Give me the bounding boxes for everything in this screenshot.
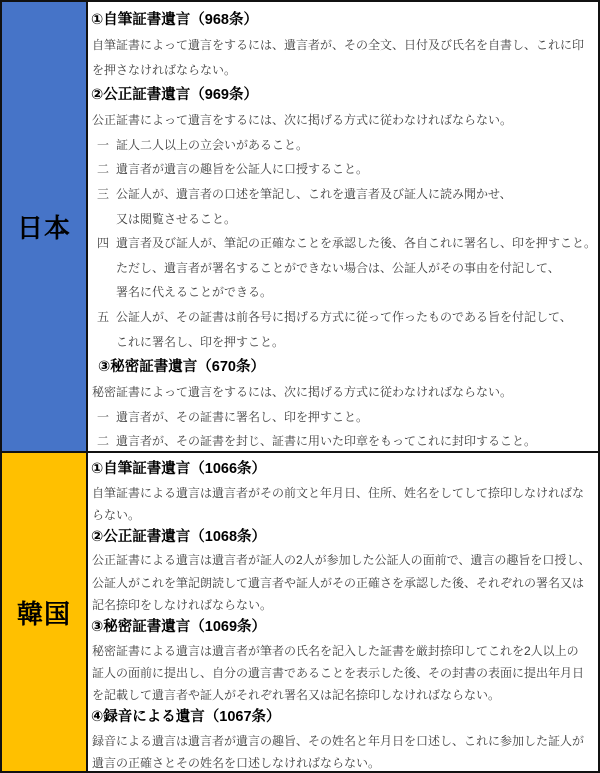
text-line: 公正証書による遺言は遺言者が証人の2人が参加した公証人の面前で、遺言の趣旨を口授… (92, 549, 596, 571)
text-line: 遺言者が、その証書を封じ、証書に用いた印章をもってこれに封印すること。 (116, 429, 596, 451)
text-line: 記名捺印をしなければならない。 (92, 594, 596, 616)
entry-heading: ③秘密証書遺言（1069条） (91, 616, 596, 640)
item-marker: 一 (97, 405, 116, 430)
paragraph: 自筆証書による遺言は遺言者がその前文と年月日、住所、姓名をしてして捺印しなければ… (91, 482, 596, 526)
paragraph: 公正証書によって遺言をするには、次に掲げる方式に従わなければならない。 (91, 108, 596, 133)
list-item: 一証人二人以上の立会いがあること。 (91, 133, 596, 158)
entry-heading: ②公正証書遺言（1068条） (91, 526, 596, 550)
section-content: ①自筆証書遺言（1066条）自筆証書による遺言は遺言者がその前文と年月日、住所、… (88, 453, 598, 771)
item-marker: 三 (97, 182, 116, 231)
paragraph: 秘密証書によって遺言をするには、次に掲げる方式に従わなければならない。 (91, 380, 596, 405)
text-line: 署名に代えることができる。 (116, 280, 596, 305)
country-label-text: 韓国 (17, 594, 71, 631)
paragraph: 録音による遺言は遺言者が遺言の趣旨、その姓名と年月日を口述し、これに参加した証人… (91, 730, 596, 771)
text-line: 又は閲覧させること。 (116, 207, 596, 232)
paragraph: 自筆証書によって遺言をするには、遺言者が、その全文、日付及び氏名を自書し、これに… (91, 33, 596, 82)
text-line: 秘密証書による遺言は遺言者が筆者の氏名を記入した証書を厳封捺印してこれを2人以上… (92, 640, 596, 662)
text-line: 公正証書によって遺言をするには、次に掲げる方式に従わなければならない。 (92, 108, 596, 133)
item-text: 公証人が、その証書は前各号に掲げる方式に従って作ったものである旨を付記して、これ… (116, 305, 596, 354)
section-korea: 韓国①自筆証書遺言（1066条）自筆証書による遺言は遺言者がその前文と年月日、住… (2, 451, 598, 771)
list-item: 五公証人が、その証書は前各号に掲げる方式に従って作ったものである旨を付記して、こ… (91, 305, 596, 354)
text-line: 録音による遺言は遺言者が遺言の趣旨、その姓名と年月日を口述し、これに参加した証人… (92, 730, 596, 752)
paragraph: 公正証書による遺言は遺言者が証人の2人が参加した公証人の面前で、遺言の趣旨を口授… (91, 549, 596, 616)
entry-heading: ①自筆証書遺言（1066条） (91, 458, 596, 482)
text-line: 自筆証書によって遺言をするには、遺言者が、その全文、日付及び氏名を自書し、これに… (92, 33, 596, 58)
text-line: 秘密証書によって遺言をするには、次に掲げる方式に従わなければならない。 (92, 380, 596, 405)
country-label-japan: 日本 (2, 2, 88, 451)
item-text: 遺言者が遺言の趣旨を公証人に口授すること。 (116, 157, 596, 182)
text-line: を記載して遺言者や証人がそれぞれ署名又は記名捺印しなければならない。 (92, 684, 596, 706)
item-marker: 一 (97, 133, 116, 158)
item-text: 公証人が、遺言者の口述を筆記し、これを遺言者及び証人に読み聞かせ、又は閲覧させる… (116, 182, 596, 231)
text-line: 公証人がこれを筆記朗読して遺言者や証人がその正確さを承認した後、それぞれの署名又… (92, 572, 596, 594)
entry-heading: ②公正証書遺言（969条） (91, 82, 596, 108)
text-line: らない。 (92, 504, 596, 526)
text-line: 遺言の正確さとその姓名を口述しなければならない。 (92, 752, 596, 771)
text-line: 遺言者が、その証書に署名し、印を押すこと。 (116, 405, 596, 430)
item-text: 遺言者が、その証書に署名し、印を押すこと。 (116, 405, 596, 430)
country-label-korea: 韓国 (2, 453, 88, 771)
entry-heading: ④録音による遺言（1067条） (91, 706, 596, 730)
comparison-table: 日本①自筆証書遺言（968条）自筆証書によって遺言をするには、遺言者が、その全文… (0, 0, 600, 773)
item-marker: 四 (97, 231, 116, 305)
text-line: 自筆証書による遺言は遺言者がその前文と年月日、住所、姓名をしてして捺印しなければ… (92, 482, 596, 504)
item-text: 遺言者及び証人が、筆記の正確なことを承認した後、各自これに署名し、印を押すこと。… (116, 231, 596, 305)
paragraph: 秘密証書による遺言は遺言者が筆者の氏名を記入した証書を厳封捺印してこれを2人以上… (91, 640, 596, 707)
item-marker: 二 (97, 157, 116, 182)
country-label-text: 日本 (17, 208, 71, 245)
list-item: 三公証人が、遺言者の口述を筆記し、これを遺言者及び証人に読み聞かせ、又は閲覧させ… (91, 182, 596, 231)
entry-heading: ③秘密証書遺言（670条） (91, 354, 596, 380)
list-item: 二遺言者が遺言の趣旨を公証人に口授すること。 (91, 157, 596, 182)
item-text: 証人二人以上の立会いがあること。 (116, 133, 596, 158)
item-marker: 二 (97, 429, 116, 451)
section-content: ①自筆証書遺言（968条）自筆証書によって遺言をするには、遺言者が、その全文、日… (88, 2, 598, 451)
item-marker: 五 (97, 305, 116, 354)
text-line: 公証人が、遺言者の口述を筆記し、これを遺言者及び証人に読み聞かせ、 (116, 182, 596, 207)
text-line: 証人の面前に提出し、自分の遺言書であることを表示した後、その封書の表面に提出年月… (92, 662, 596, 684)
text-line: 遺言者が遺言の趣旨を公証人に口授すること。 (116, 157, 596, 182)
entry-heading: ①自筆証書遺言（968条） (91, 7, 596, 33)
text-line: これに署名し、印を押すこと。 (116, 330, 596, 355)
section-japan: 日本①自筆証書遺言（968条）自筆証書によって遺言をするには、遺言者が、その全文… (2, 2, 598, 451)
text-line: 証人二人以上の立会いがあること。 (116, 133, 596, 158)
list-item: 二遺言者が、その証書を封じ、証書に用いた印章をもってこれに封印すること。 (91, 429, 596, 451)
list-item: 四遺言者及び証人が、筆記の正確なことを承認した後、各自これに署名し、印を押すこと… (91, 231, 596, 305)
text-line: を押さなければならない。 (92, 58, 596, 83)
list-item: 一遺言者が、その証書に署名し、印を押すこと。 (91, 405, 596, 430)
text-line: ただし、遺言者が署名することができない場合は、公証人がその事由を付記して、 (116, 256, 596, 281)
text-line: 遺言者及び証人が、筆記の正確なことを承認した後、各自これに署名し、印を押すこと。 (116, 231, 596, 256)
text-line: 公証人が、その証書は前各号に掲げる方式に従って作ったものである旨を付記して、 (116, 305, 596, 330)
item-text: 遺言者が、その証書を封じ、証書に用いた印章をもってこれに封印すること。 (116, 429, 596, 451)
